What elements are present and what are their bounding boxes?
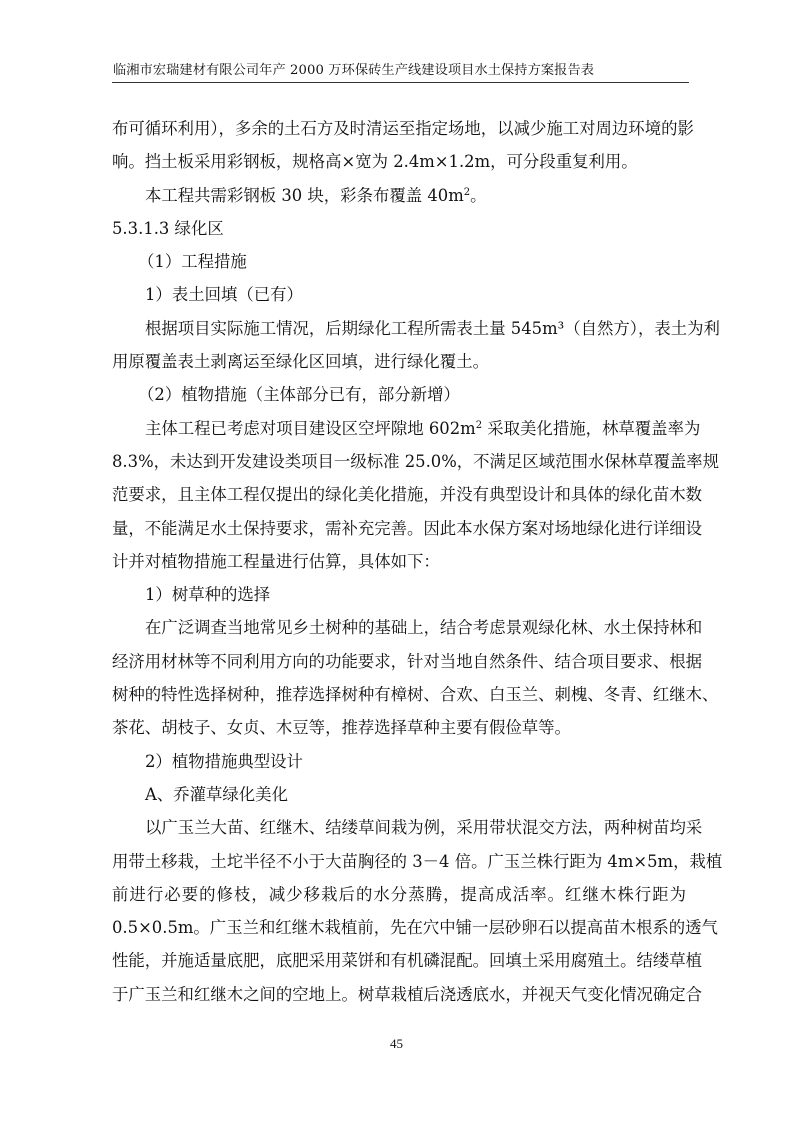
page-header: 临湘市宏瑞建材有限公司年产 2000 万环保砖生产线建设项目水土保持方案报告表 xyxy=(112,58,689,83)
text-segment: 主体工程已考虑对项目建设区空坪隙地 602m xyxy=(145,419,476,438)
subsection-heading: （1）工程措施 xyxy=(112,245,686,278)
document-title: 临湘市宏瑞建材有限公司年产 2000 万环保砖生产线建设项目水土保持方案报告表 xyxy=(113,59,594,78)
paragraph-line: 经济用材林等不同利用方向的功能要求，针对当地自然条件、结合项目要求、根据 xyxy=(112,645,686,678)
paragraph-line: 布可循环利用），多余的土石方及时清运至指定场地，以减少施工对周边环境的影 xyxy=(112,112,686,145)
paragraph-line: 树种的特性选择树种，推荐选择树种有樟树、合欢、白玉兰、刺槐、冬青、红继木、 xyxy=(112,678,686,711)
text-segment: 。 xyxy=(470,186,486,205)
text-segment: 本工程共需彩钢板 30 块，彩条布覆盖 40m xyxy=(145,186,464,205)
paragraph-line: 根据项目实际施工情况，后期绿化工程所需表土量 545m³（自然方），表土为利 xyxy=(112,312,686,345)
text-segment: 采取美化措施，林草覆盖率为 xyxy=(482,419,700,438)
item-heading: A、乔灌草绿化美化 xyxy=(112,778,686,811)
paragraph-line: 于广玉兰和红继木之间的空地上。树草栽植后浇透底水，并视天气变化情况确定合 xyxy=(112,978,686,1011)
paragraph-line: 主体工程已考虑对项目建设区空坪隙地 602m2 采取美化措施，林草覆盖率为 xyxy=(112,412,686,445)
item-heading: 1）树草种的选择 xyxy=(112,578,686,611)
paragraph-line: 用带土移栽，土坨半径不小于大苗胸径的 3－4 倍。广玉兰株行距为 4m×5m，栽… xyxy=(112,845,686,878)
paragraph-line: 前进行必要的修枝，减少移栽后的水分蒸腾，提高成活率。红继木株行距为 xyxy=(112,878,686,911)
paragraph-line: 性能，并施适量底肥，底肥采用菜饼和有机磷混配。回填土采用腐殖土。结缕草植 xyxy=(112,944,686,977)
paragraph-line: 量，不能满足水土保持要求，需补充完善。因此本水保方案对场地绿化进行详细设 xyxy=(112,512,686,545)
paragraph-line: 茶花、胡枝子、女贞、木豆等，推荐选择草种主要有假俭草等。 xyxy=(112,711,686,744)
paragraph-line: 用原覆盖表土剥离运至绿化区回填，进行绿化覆土。 xyxy=(112,345,686,378)
subsection-heading: （2）植物措施（主体部分已有，部分新增） xyxy=(112,378,686,411)
paragraph-line: 本工程共需彩钢板 30 块，彩条布覆盖 40m2。 xyxy=(112,179,686,212)
paragraph-line: 范要求，且主体工程仅提出的绿化美化措施，并没有典型设计和具体的绿化苗木数 xyxy=(112,478,686,511)
paragraph-line: 响。挡土板采用彩钢板，规格高×宽为 2.4m×1.2m，可分段重复利用。 xyxy=(112,145,686,178)
paragraph-line: 以广玉兰大苗、红继木、结缕草间栽为例，采用带状混交方法，两种树苗均采 xyxy=(112,811,686,844)
paragraph-line: 0.5×0.5m。广玉兰和红继木栽植前，先在穴中铺一层砂卵石以提高苗木根系的透气 xyxy=(112,911,686,944)
paragraph-line: 计并对植物措施工程量进行估算，具体如下： xyxy=(112,545,686,578)
document-body: 布可循环利用），多余的土石方及时清运至指定场地，以减少施工对周边环境的影 响。挡… xyxy=(112,112,686,1011)
page-number: 45 xyxy=(0,1036,793,1052)
paragraph-line: 8.3%，未达到开发建设类项目一级标准 25.0%，不满足区域范围水保林草覆盖率… xyxy=(112,445,686,478)
section-heading: 5.3.1.3 绿化区 xyxy=(112,212,686,245)
item-heading: 1）表土回填（已有） xyxy=(112,278,686,311)
paragraph-line: 在广泛调查当地常见乡土树种的基础上，结合考虑景观绿化林、水土保持林和 xyxy=(112,611,686,644)
item-heading: 2）植物措施典型设计 xyxy=(112,745,686,778)
